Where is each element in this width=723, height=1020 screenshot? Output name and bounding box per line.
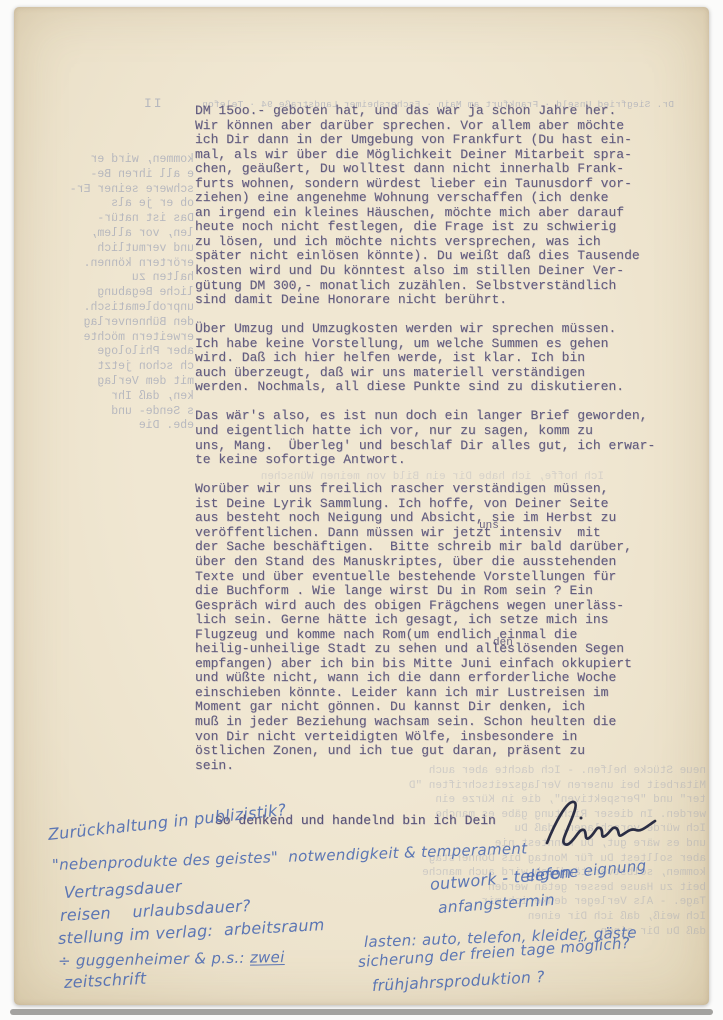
note-text: Zurückhaltung in publizistik? xyxy=(47,800,287,844)
handwritten-note: eigene eignung xyxy=(525,857,647,885)
paper-sheet: Dr. Siegfried Unseld · Frankfurt am Main… xyxy=(14,7,709,1005)
handwritten-note: Vertragsdauer xyxy=(64,877,183,902)
handwritten-note: frühjahrsproduktion ? xyxy=(372,968,546,995)
note-text: zeitschrift xyxy=(64,969,147,992)
handwritten-note: "nebenprodukte des geistes" notwendigkei… xyxy=(52,839,528,874)
handwritten-annotations: Zurückhaltung in publizistik? "nebenprod… xyxy=(14,7,709,1005)
note-text: eigene eignung xyxy=(525,857,647,885)
handwritten-note: zeitschrift xyxy=(64,969,147,992)
note-text: Vertragsdauer xyxy=(64,877,183,902)
scanner-edge-strip xyxy=(10,1009,713,1015)
handwritten-note: ÷ guggenheimer & p.s.: zwei xyxy=(58,948,285,970)
handwritten-note: Zurückhaltung in publizistik? xyxy=(47,800,287,844)
scanned-letter-page: Dr. Siegfried Unseld · Frankfurt am Main… xyxy=(0,0,723,1020)
note-text: anfangstermin xyxy=(437,891,555,917)
note-text: "nebenprodukte des geistes" notwendigkei… xyxy=(52,839,528,874)
handwritten-note: anfangstermin xyxy=(437,891,555,917)
note-text: ÷ guggenheimer & p.s.: xyxy=(58,949,250,970)
note-text: frühjahrsproduktion ? xyxy=(372,968,546,995)
note-underlined-text: zwei xyxy=(250,948,285,967)
